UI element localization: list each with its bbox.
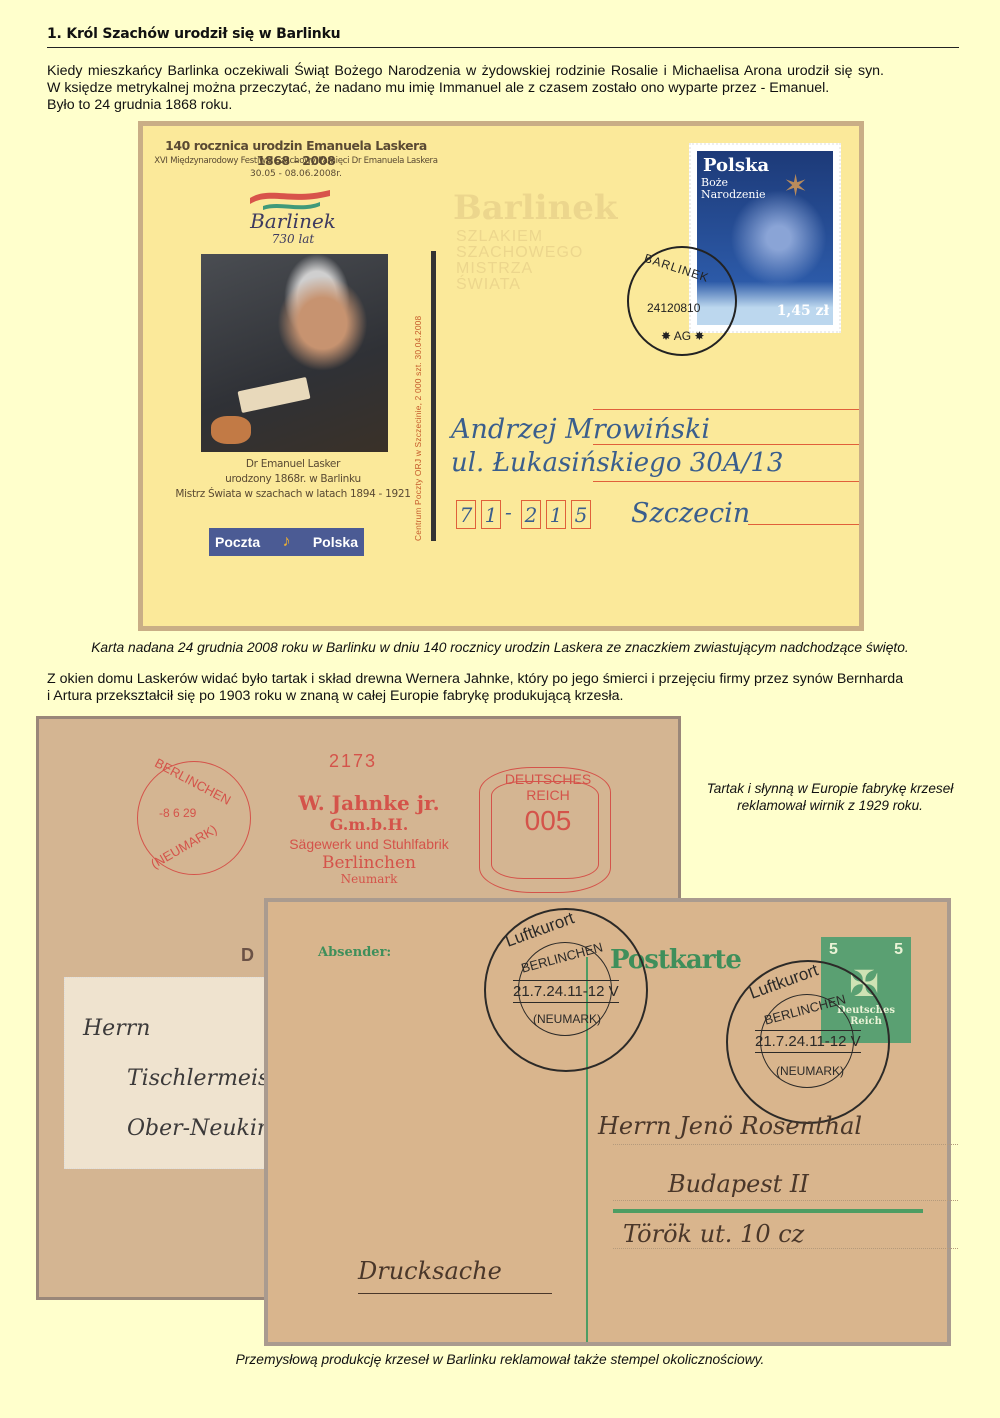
page-heading: 1. Król Szachów urodził się w Barlinku [47, 26, 340, 42]
star-icon: ✶ [783, 169, 808, 204]
recipient-street: ul. Łukasińskiego 30A/13 [451, 448, 783, 478]
zip-digit: 7 [456, 500, 476, 529]
recipient-name: Herrn Jenö Rosenthal [598, 1112, 862, 1140]
heading-divider [47, 47, 959, 48]
history-paragraph: Z okien domu Laskerów widać było tartak … [47, 671, 962, 705]
zip-separator: - [505, 500, 512, 524]
postkarte-1924: Absender: Postkarte 5 5 ✠ DeutschesReich… [264, 898, 951, 1346]
zip-digit: 2 [521, 500, 541, 529]
intro-line: Kiedy mieszkańcy Barlinka oczekiwali Świ… [47, 63, 962, 80]
print-info: Centrum Poczty ORJ w Szczecinie, 2 000 s… [413, 251, 423, 541]
franking-country: DEUTSCHES REICH [483, 771, 613, 803]
lasker-portrait [201, 254, 388, 452]
book-shape [237, 377, 310, 413]
caption-card-2008: Karta nadana 24 grudnia 2008 roku w Barl… [0, 640, 1000, 655]
card-dates: 30.05 - 08.06.2008r. [151, 169, 441, 179]
recipient-name: Andrzej Mrowiński [451, 414, 710, 445]
address-green-bar [613, 1209, 923, 1213]
meter-cancel-date: -8 6 29 [159, 806, 196, 820]
postmark-code: ✸ AG ✸ [661, 329, 704, 343]
intro-line: W księdze metrykalnej można przeczytać, … [47, 80, 962, 97]
company-name: W. Jahnke jr. [239, 791, 499, 815]
franking-value: 005 [483, 805, 613, 837]
address-line [593, 481, 859, 482]
post-horn-icon: ♪ [282, 533, 290, 551]
absender-label: Absender: [318, 945, 391, 960]
drucksache-note: Drucksache [358, 1257, 552, 1294]
company-description: Sägewerk und Stuhlfabrik [239, 836, 499, 852]
recipient-street: Török ut. 10 cz [623, 1220, 804, 1248]
company-region: Neumark [239, 872, 499, 886]
recipient-city: Szczecin [631, 498, 750, 529]
postcard-2008: Barlinek SZLAKIEM SZACHOWEGO MISTRZA ŚWI… [143, 126, 859, 626]
address-dotted-line [613, 1144, 958, 1145]
portrait-caption: Dr Emanuel Lasker urodzony 1868r. w Barl… [173, 457, 413, 502]
company-form: G.m.b.H. [239, 815, 499, 834]
zip-digit: 1 [481, 500, 501, 529]
intro-paragraph: Kiedy mieszkańcy Barlinka oczekiwali Świ… [47, 63, 962, 114]
vertical-bar [431, 251, 436, 541]
address-label: Herrn Tischlermeist Ober-Neukir [64, 977, 266, 1169]
address-line [593, 409, 859, 410]
company-city: Berlinchen [239, 853, 499, 873]
postmark-date: 24120810 [647, 301, 700, 315]
zip-digit: 1 [546, 500, 566, 529]
zip-digit: 5 [571, 500, 591, 529]
recipient-city: Budapest II [668, 1170, 809, 1198]
address-dotted-line [613, 1248, 958, 1249]
history-line: Z okien domu Laskerów widać było tartak … [47, 671, 962, 688]
partial-letter: D [241, 945, 254, 966]
barlinek-logo: Barlinek [203, 209, 383, 233]
card-subtitle: XVI Międzynarodowy Festiwal Szachowy Pam… [151, 156, 441, 166]
watermark-text: SZLAKIEM SZACHOWEGO MISTRZA ŚWIATA [456, 229, 583, 293]
side-caption: Tartak i słynną w Europie fabrykę krzese… [690, 780, 970, 814]
meter-number: 2173 [329, 751, 377, 772]
address-line [748, 524, 859, 525]
hand-shape [211, 416, 251, 444]
watermark-title: Barlinek [453, 188, 617, 228]
address-dotted-line [613, 1200, 958, 1201]
intro-line: Było to 24 grudnia 1868 roku. [47, 97, 962, 114]
history-line: i Artura przekształcił się po 1903 roku … [47, 688, 962, 705]
caption-bottom: Przemysłową produkcję krzeseł w Barlinku… [0, 1352, 1000, 1367]
barlinek-anniversary: 730 lat [203, 232, 383, 246]
poczta-polska-logo: Poczta ♪ Polska [209, 528, 364, 556]
